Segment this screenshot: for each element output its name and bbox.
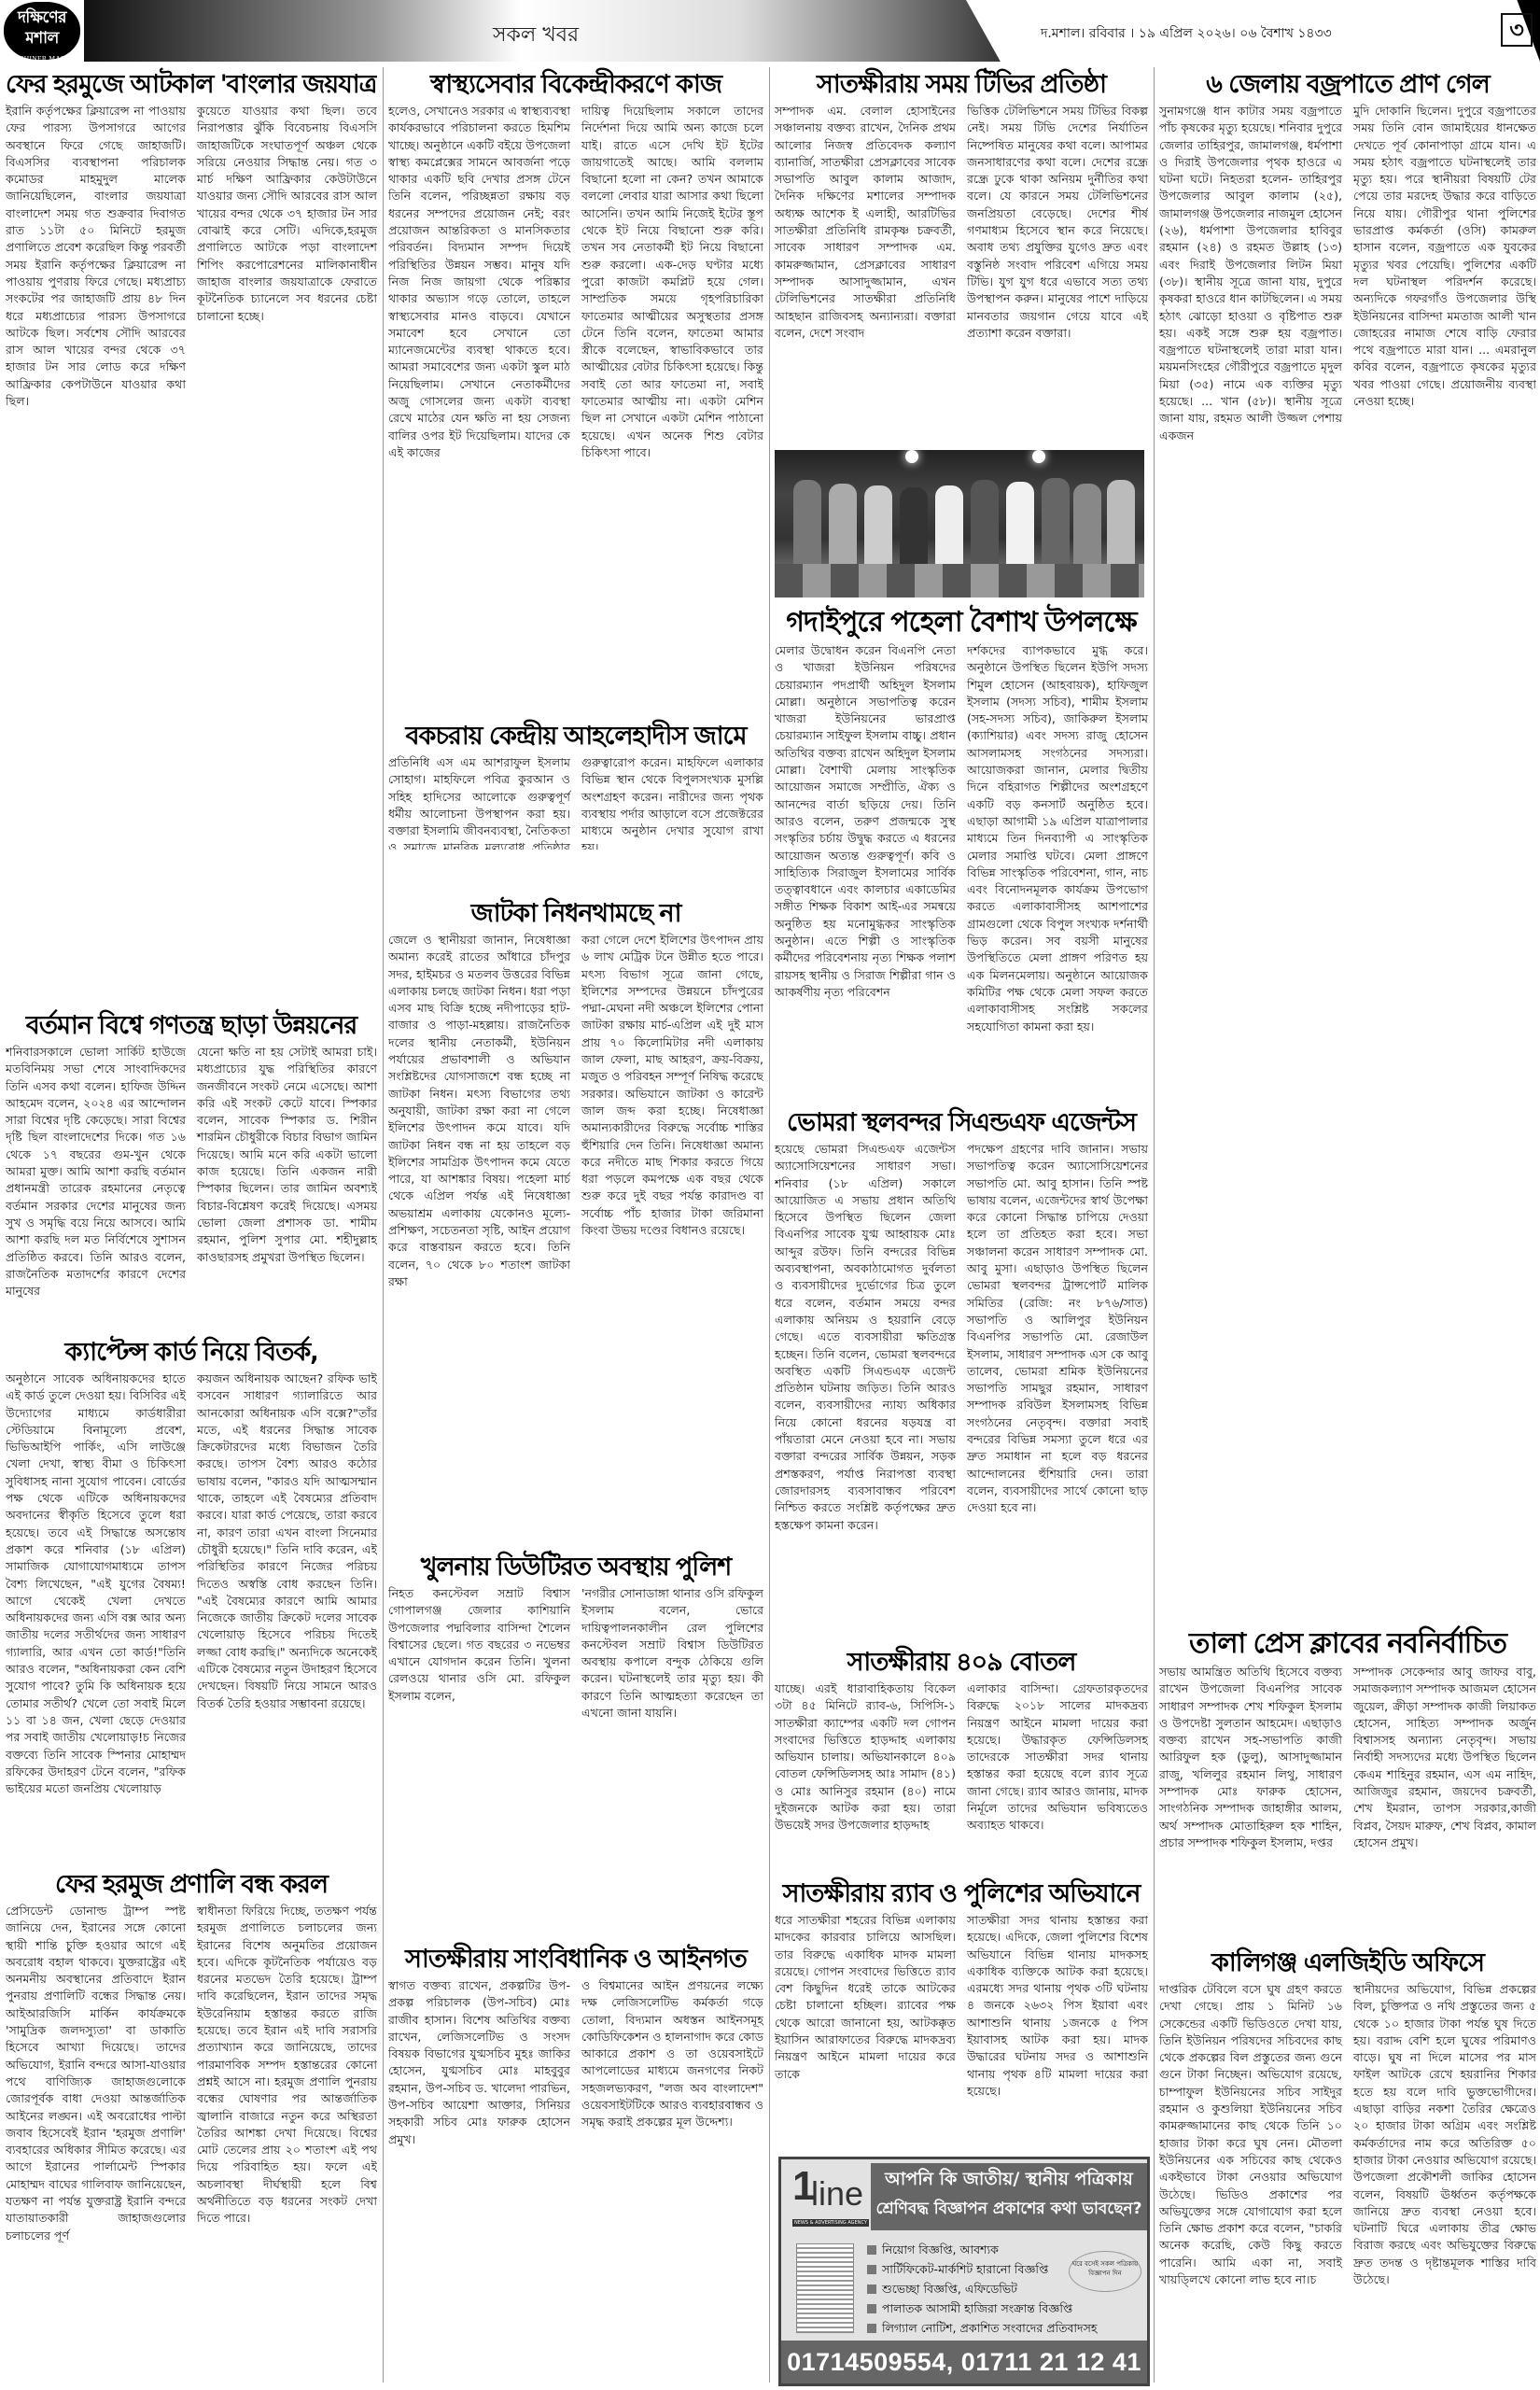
article-title: গদাইপুরে পহেলা বৈশাখ উপলক্ষে xyxy=(775,603,1148,642)
stage-light xyxy=(1032,450,1045,463)
ad-phone-numbers[interactable]: 01714509554, 01711 21 12 41 xyxy=(781,2341,1147,2383)
article-title: ফের হরমুজ প্রণালি বন্ধ করল xyxy=(6,1867,377,1903)
article-title: সাতক্ষীরায় ৪০৯ বোতল xyxy=(775,1645,1148,1680)
page-number: ৩ xyxy=(1501,13,1533,47)
stage-light xyxy=(905,450,918,463)
newspaper-logo[interactable]: দক্ষিণের মশাল DAKSHINER MASHAL xyxy=(4,2,80,60)
article-body-col1: মেলার উদ্বোধন করেন বিএনপি নেতা ও খাজরা ই… xyxy=(775,642,956,1035)
article-title: ফের হরমুজে আটকাল 'বাংলার জয়যাত্রা' xyxy=(6,67,377,103)
article-body-col1: দাপ্তরিক টেবিলে বসে ঘুষ গ্রহণ করতে দেখা … xyxy=(1159,1981,1342,2288)
article-body-col1: যাচ্ছে। এরই ধারাবাহিকতায় বিকেল ৩টা ৪৫ ম… xyxy=(775,1680,956,1835)
article-title: সাতক্ষীরায় সাংবিধানিক ও আইনগত xyxy=(388,1942,763,1977)
article-body-col2: যেনো ক্ষতি না হয় সেটাই আমরা চাই। মধ্যপ্… xyxy=(197,1044,377,1300)
photo-person xyxy=(1073,484,1101,569)
article-lightning[interactable]: ৬ জেলায় বজ্রপাতে প্রাণ গেল সুনামগঞ্জে ধ… xyxy=(1159,67,1536,1589)
article-title: সাতক্ষীরায় সময় টিভির প্রতিষ্ঠা xyxy=(775,67,1148,103)
article-body-col2: এলাকার বাসিন্দা। গ্রেফতারকৃতদের বিরুদ্ধে… xyxy=(967,1680,1148,1835)
article-body-col1: নিহত কনস্টেবল সম্রাট বিশ্বাস গোপালগঞ্জ জ… xyxy=(388,1585,570,1722)
photo-person xyxy=(1107,480,1135,569)
article-body-col2: পদক্ষেপ গ্রহণের দাবি জানান। সভায় সভাপতি… xyxy=(967,1141,1148,1534)
article-gadaipur[interactable]: গদাইপুরে পহেলা বৈশাখ উপলক্ষে মেলার উদ্বো… xyxy=(775,603,1148,1098)
article-body-col2: দায়িত্ব দিয়েছিলাম সকালে তাদের নির্দেশন… xyxy=(581,103,763,461)
article-body-col1: জেলে ও স্থানীয়রা জানান, নিষেধাজ্ঞা অমান… xyxy=(388,932,570,1290)
article-body-col2: কুয়েতে যাওয়ার কথা ছিল। তবে নিরাপত্তার … xyxy=(197,103,377,410)
article-captains-card[interactable]: ক্যাপ্টেন্স কার্ড নিয়ে বিতর্ক, অনুষ্ঠান… xyxy=(6,1335,377,1858)
article-title: খুলনায় ডিউটিরত অবস্থায় পুলিশ xyxy=(388,1550,763,1585)
masthead: দক্ষিণের মশাল DAKSHINER MASHAL সকল খবর দ… xyxy=(0,0,1540,63)
article-body-col1: শনিবারসকালে ভোলা সার্কিট হাউজে মতবিনিময়… xyxy=(6,1044,186,1300)
bullet-square-icon xyxy=(867,2285,876,2294)
bullet-square-icon xyxy=(867,2245,876,2255)
article-body-col2: সাতক্ষীরা সদর থানায় হস্তান্তর করা হয়েছ… xyxy=(967,1912,1148,2100)
article-title: ৬ জেলায় বজ্রপাতে প্রাণ গেল xyxy=(1159,67,1536,103)
article-khulna-police[interactable]: খুলনায় ডিউটিরত অবস্থায় পুলিশ নিহত কনস্… xyxy=(388,1550,763,1942)
ad-service-label: সার্টিফিকেট-মার্কশিট হারানো বিজ্ঞপ্তি xyxy=(882,2262,1048,2276)
article-title: ভোমরা স্থলবন্দর সিএন্ডএফ এজেন্টস xyxy=(775,1105,1148,1141)
article-body-col2: ভিত্তিক টেলিভিশনে সময় টিভির বিকল্প নেই।… xyxy=(967,103,1148,342)
article-body-col2: দর্শকদের ব্যাপকভাবে মুগ্ধ করে। অনুষ্ঠানে… xyxy=(967,642,1148,1035)
logo-bangla: দক্ষিণের মশাল xyxy=(4,7,80,49)
article-health-decentral[interactable]: স্বাস্থ্যসেবার বিকেন্দ্রীকরণে কাজ হলেও, … xyxy=(388,67,763,711)
article-title: সাতক্ষীরায় র‍্যাব ও পুলিশের অভিযানে xyxy=(775,1877,1148,1912)
ad-service-item: পালাতক আসামী হাজিরা সংক্রান্ত বিজ্ঞপ্তি xyxy=(867,2299,1130,2318)
bullet-square-icon xyxy=(867,2265,876,2274)
ad-oval-badge: ঘরে বসেই সকল পত্রিকায় বিজ্ঞাপন দিন xyxy=(1069,2251,1141,2292)
article-hormuz-return[interactable]: ফের হরমুজে আটকাল 'বাংলার জয়যাত্রা' ইরান… xyxy=(6,67,377,646)
ad-headline-line2: শ্রেণিবদ্ধ বিজ্ঞাপন প্রকাশের কথা ভাবছেন? xyxy=(871,2195,1147,2223)
article-body-col2: করা গেলে দেশে ইলিশের উৎপাদন প্রায় ৬ লাখ… xyxy=(581,932,763,1290)
ad-headline: আপনি কি জাতীয়/ স্থানীয় পত্রিকায় শ্রেণ… xyxy=(871,2163,1147,2230)
article-body-col1: সম্পাদক এম. বেলাল হোসাইনের সঞ্চালনায় বক… xyxy=(775,103,956,342)
article-satkhira-legal[interactable]: সাতক্ষীরায় সাংবিধানিক ও আইনগত স্বাগত বক… xyxy=(388,1942,763,2386)
article-body-col1: হয়েছে ভোমরা সিএন্ডএফ এজেন্টস অ্যাসোসিয়… xyxy=(775,1141,956,1534)
article-body-col1: হলেও, সেখানেও সরকার এ স্বাস্থ্যব্যবস্থা … xyxy=(388,103,570,461)
article-body-col2: মুদি দোকানি ছিলেন। দুপুরে বজ্রপাতের সময়… xyxy=(1353,103,1536,444)
article-title: ক্যাপ্টেন্স কার্ড নিয়ে বিতর্ক, xyxy=(6,1335,377,1371)
article-body-col2: সম্পাদক সেকেন্দার আবু জাফর বাবু, সমাজকল্… xyxy=(1353,1664,1536,1851)
oneline-logo: 1 line NEWS & ADVERTISING AGENCY xyxy=(789,2163,869,2230)
article-body-col1: সুনামগঞ্জে ধান কাটার সময় বজ্রপাতে পাঁচ … xyxy=(1159,103,1342,444)
section-label: সকল খবর xyxy=(493,19,579,53)
article-tala-press[interactable]: তালা প্রেস ক্লাবের নবনির্বাচিত সভায় আমন… xyxy=(1159,1624,1536,1942)
article-body-col1: সভায় আমন্ত্রিত অতিথি হিসেবে বক্তব্য রাখ… xyxy=(1159,1664,1342,1851)
article-body-col2: কয়জন অধিনায়ক আছেন? রফিক ভাই বসবেন সাধা… xyxy=(197,1371,377,1797)
photo-person xyxy=(1042,478,1070,569)
article-somoy-tv[interactable]: সাতক্ষীরায় সময় টিভির প্রতিষ্ঠা সম্পাদক… xyxy=(775,67,1148,450)
logo-tagline: NEWS & ADVERTISING AGENCY xyxy=(792,2219,869,2227)
article-title: বর্তমান বিশ্বে গণতন্ত্র ছাড়া উন্নয়নের xyxy=(6,1008,377,1044)
article-body-col2: ও বিশ্বমানের আইন প্রণয়নের লক্ষ্যে দক্ষ … xyxy=(581,1977,763,2148)
article-jatka[interactable]: জাটকা নিধনথামছে না জেলে ও স্থানীয়রা জান… xyxy=(388,896,763,1540)
ad-headline-line1: আপনি কি জাতীয়/ স্থানীয় পত্রিকায় xyxy=(871,2163,1147,2195)
article-body-col1: স্বাগত বক্তব্য রাখেন, প্রকল্পটির উপ-প্রক… xyxy=(388,1977,570,2148)
article-body-col1: অনুষ্ঠানে সাবেক অধিনায়কদের হাতে এই কার্… xyxy=(6,1371,186,1797)
column-divider xyxy=(769,67,770,2383)
column-divider xyxy=(383,67,384,2383)
photo-person xyxy=(971,480,999,569)
photo-person xyxy=(829,484,857,569)
logo-english: DAKSHINER MASHAL xyxy=(4,54,80,63)
article-body-col2: স্থানীয়দের অভিযোগ, বিভিন্ন প্রকল্পের বি… xyxy=(1353,1981,1536,2288)
ad-service-item: লিগ্যাল নোটিশ, প্রকাশিত সংবাদের প্রতিবাদ… xyxy=(867,2318,1130,2338)
article-body-col2: গুরুত্বারোপ করেন। মাহফিলে এলাকার বিভিন্ন… xyxy=(581,754,763,850)
classified-ad-banner[interactable]: 1 line NEWS & ADVERTISING AGENCY আপনি কি… xyxy=(778,2157,1150,2386)
stage-bunting xyxy=(775,564,1144,597)
newspaper-thumbnail-icon xyxy=(796,2243,854,2333)
bullet-square-icon xyxy=(867,2304,876,2313)
photo-person xyxy=(793,480,821,569)
logo-line: line xyxy=(811,2174,863,2214)
event-stage-photo[interactable] xyxy=(775,450,1144,597)
article-body-col2: স্বাধীনতা ফিরিয়ে দিচ্ছে, ততক্ষণ পর্যন্ত… xyxy=(197,1903,377,2244)
ad-service-label: পালাতক আসামী হাজিরা সংক্রান্ত বিজ্ঞপ্তি xyxy=(882,2301,1072,2315)
article-title: বকচরায় কেন্দ্রীয় আহলেহাদীস জামে xyxy=(388,719,763,754)
bullet-square-icon xyxy=(867,2324,876,2333)
photo-person xyxy=(1006,482,1034,569)
article-body-col1: ধরে সাতক্ষীরা শহরের বিভিন্ন এলাকায় মাদক… xyxy=(775,1912,956,2100)
photo-person xyxy=(935,485,963,569)
dateline: দ.মশাল। রবিবার । ১৯ এপ্রিল ২০২৬। ০৬ বৈশা… xyxy=(1041,22,1332,45)
article-rab-police[interactable]: সাতক্ষীরায় র‍্যাব ও পুলিশের অভিযানে ধরে… xyxy=(775,1877,1148,2151)
article-bakchara[interactable]: বকচরায় কেন্দ্রীয় আহলেহাদীস জামে প্রতিন… xyxy=(388,719,763,850)
article-kaliganj-lged[interactable]: কালিগঞ্জ এলজিইডি অফিসে দাপ্তরিক টেবিলে ব… xyxy=(1159,1946,1536,2386)
ad-service-label: নিয়োগ বিজ্ঞপ্তি, আবশ্যক xyxy=(882,2242,999,2256)
article-title: কালিগঞ্জ এলজিইডি অফিসে xyxy=(1159,1946,1536,1981)
column-divider xyxy=(1154,67,1155,2383)
ad-service-label: লিগ্যাল নোটিশ, প্রকাশিত সংবাদের প্রতিবাদ… xyxy=(882,2321,1097,2335)
article-hormuz-closed[interactable]: ফের হরমুজ প্রণালি বন্ধ করল প্রেসিডেন্ট ড… xyxy=(6,1867,377,2386)
article-title: জাটকা নিধনথামছে না xyxy=(388,896,763,932)
ad-service-label: শুভেচ্ছা বিজ্ঞপ্তি, এফিডেভিট xyxy=(882,2282,1017,2296)
article-bottle409[interactable]: সাতক্ষীরায় ৪০৯ বোতল যাচ্ছে। এরই ধারাবাহ… xyxy=(775,1645,1148,1869)
photo-person xyxy=(864,485,892,569)
article-body-col1: প্রেসিডেন্ট ডোনাল্ড ট্রাম্প স্পষ্ট জানিয… xyxy=(6,1903,186,2244)
article-body-col2: 'নগরীর সোনাডাঙ্গা থানার ওসি রফিকুল ইসলাম… xyxy=(581,1585,763,1722)
article-body-col1: প্রতিনিধি এস এম আশরাফুল ইসলাম সোহাগ। মাহ… xyxy=(388,754,570,850)
article-title: তালা প্রেস ক্লাবের নবনির্বাচিত xyxy=(1159,1624,1536,1664)
article-democracy[interactable]: বর্তমান বিশ্বে গণতন্ত্র ছাড়া উন্নয়নের … xyxy=(6,1008,377,1326)
article-title: স্বাস্থ্যসেবার বিকেন্দ্রীকরণে কাজ xyxy=(388,67,763,103)
article-body-col1: ইরানি কর্তৃপক্ষের ক্লিয়ারেন্স না পাওয়া… xyxy=(6,103,186,410)
photo-person xyxy=(900,487,928,569)
article-bhomra[interactable]: ভোমরা স্থলবন্দর সিএন্ডএফ এজেন্টস হয়েছে … xyxy=(775,1105,1148,1638)
